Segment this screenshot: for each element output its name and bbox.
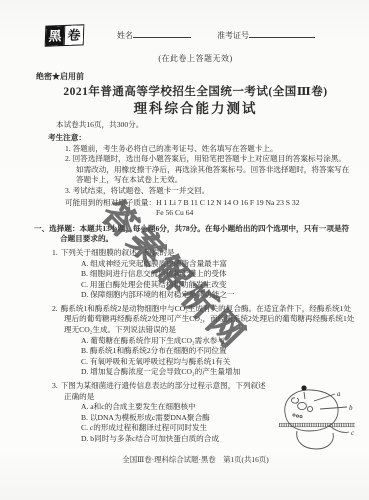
question-2-stem: 2.酶系统1和酶系统2是动物细胞中与CO₂生成有关的复合酶。在适宜条件下，经酶系… bbox=[64, 304, 355, 336]
subject-title: 理科综合能力测试 bbox=[34, 104, 357, 115]
ticket-label: 准考证号 bbox=[217, 31, 249, 40]
question-3: a b c 3.下图为某细菌进行遗传信息表达的部分过程示意图，下列叙述正确的是 … bbox=[64, 381, 357, 445]
question-1-option-d: D. 保障细胞内部环境的相对稳定是其功能之一 bbox=[81, 290, 357, 301]
notice-item-2: 2. 回答选择题时，选出每小题答案后，用铅笔把答题卡上对应题目的答案标号涂黑。如… bbox=[76, 154, 353, 186]
document-body: 黑 卷 姓名 准考证号 (在此卷上答题无效) 绝密★启用前 2021年普通高等学… bbox=[0, 0, 369, 465]
exam-paper-page: 答案解析网 黑 卷 姓名 准考证号 (在此卷上答题无效) 绝密★启用前 2021… bbox=[0, 0, 369, 500]
ticket-field: 准考证号 bbox=[217, 29, 315, 42]
ticket-blank-line bbox=[249, 29, 315, 38]
page-footer: 全国Ⅲ卷·理科综合试题·黑卷 第1页(共16页) bbox=[34, 455, 357, 466]
name-blank-line bbox=[133, 29, 191, 38]
notice-item-3: 3. 考试结束，将试题卷、答题卡一并交回。 bbox=[76, 186, 353, 197]
atomic-masses-line2: Fe 56 Cu 64 bbox=[156, 208, 357, 219]
question-2-stem-text: 酶系统1和酶系统2是动物细胞中与CO₂生成有关的复合酶。在适宜条件下，经酶系统1… bbox=[61, 304, 355, 334]
question-1-stem-text: 下列关于细胞膜的叙述，错误的是 bbox=[61, 248, 175, 257]
logo-right-char: 卷 bbox=[64, 25, 84, 45]
question-1-option-b: B. 细胞间进行信息交流均依赖于膜上的受体 bbox=[81, 269, 357, 280]
notice-item-1: 1. 答题前，考生务必将自己的准考证号、姓名填写在答题卡上。 bbox=[76, 144, 353, 155]
question-2-option-d: D. 增加复合酶浓度一定会导致CO₂的产生量增加 bbox=[81, 367, 357, 378]
paper-info: 本试卷共16页，共300分。 bbox=[56, 120, 357, 131]
question-2-number: 2. bbox=[52, 304, 58, 313]
heijuan-brand-logo: 黑 卷 bbox=[46, 25, 84, 45]
section-heading: 一、选择题：本题共13小题，每小题6分，共78分。在每小题给出的四个选项中，只有… bbox=[60, 224, 355, 245]
exam-title: 2021年普通高等学校招生全国统一考试(全国Ⅲ卷) bbox=[34, 87, 357, 98]
diagram-label-c: c bbox=[351, 429, 355, 437]
question-1-option-a: A. 组成神经元突起的膜质中磷脂含量最丰富 bbox=[81, 259, 357, 270]
question-1: 1.下列关于细胞膜的叙述，错误的是 A. 组成神经元突起的膜质中磷脂含量最丰富 … bbox=[64, 248, 357, 301]
diagram-label-a: a bbox=[337, 390, 341, 398]
question-2-option-c: C. 有氧呼吸和无氧呼吸过程均与酶系统1有关 bbox=[81, 357, 357, 368]
question-2: 2.酶系统1和酶系统2是动物细胞中与CO₂生成有关的复合酶。在适宜条件下，经酶系… bbox=[64, 304, 357, 378]
question-3-number: 3. bbox=[52, 381, 58, 390]
header-row: 黑 卷 姓名 准考证号 bbox=[34, 20, 357, 50]
question-1-option-c: C. 用蛋白酶处理会使其结构和功能发生改变 bbox=[81, 280, 357, 291]
diagram-label-b: b bbox=[349, 404, 353, 412]
question-1-stem: 1.下列关于细胞膜的叙述，错误的是 bbox=[64, 248, 355, 259]
question-2-option-b: B. 酶系统1和酶系统2分布在细胞的不同位置 bbox=[81, 346, 357, 357]
invalid-note: (在此卷上答题无效) bbox=[34, 54, 357, 65]
name-field: 姓名 bbox=[117, 29, 191, 42]
name-label: 姓名 bbox=[117, 31, 133, 40]
question-1-number: 1. bbox=[52, 248, 58, 257]
secrecy-label: 绝密★启用前 bbox=[36, 72, 357, 83]
atomic-masses-line1: 可能用到的相对原子质量：H 1 Li 7 B 11 C 12 N 14 O 16… bbox=[65, 198, 357, 209]
logo-left-char: 黑 bbox=[46, 26, 65, 46]
question-3-stem-text: 下图为某细菌进行遗传信息表达的部分过程示意图，下列叙述正确的是 bbox=[61, 381, 266, 401]
question-2-option-a: A. 葡萄糖在酶系统作用下生成CO₂需水参与 bbox=[81, 336, 357, 347]
notice-heading: 考生注意： bbox=[48, 133, 357, 144]
bacterium-gene-expression-diagram: a b c bbox=[273, 379, 357, 453]
